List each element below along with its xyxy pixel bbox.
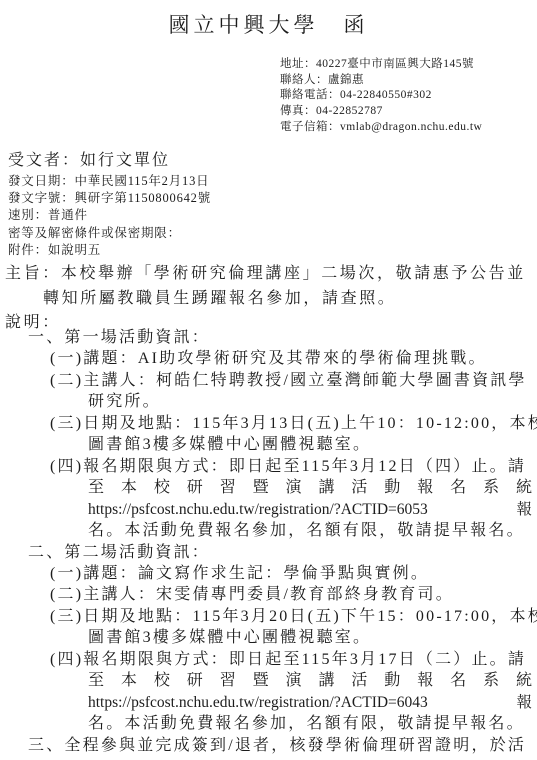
body-line-session2-system: 至本校研習暨演講活動報名系統 — [88, 670, 532, 691]
contact-person: 聯絡人：盧錦惠 — [280, 73, 482, 89]
body-line-session1-speaker-cont: 研究所。 — [0, 391, 537, 412]
recipient-line: 受文者：如行文單位 — [8, 147, 170, 170]
body-line-session1-datetime: (三)日期及地點：115年3月13日(五)上午10：10-12:00，本校 — [0, 413, 537, 434]
meta-block: 發文日期：中華民國115年2月13日 發文字號：興研字第1150800642號 … — [8, 173, 211, 259]
meta-attachment: 附件：如說明五 — [8, 242, 211, 259]
body-line-session2-location: 圖書館3樓多媒體中心團體視聽室。 — [0, 627, 537, 648]
meta-security: 密等及解密條件或保密期限： — [8, 225, 211, 242]
body-block: 一、第一場活動資訊： (一)講題：AI助攻學術研究及其帶來的學術倫理挑戰。 (二… — [0, 327, 537, 756]
meta-issue-date: 發文日期：中華民國115年2月13日 — [8, 173, 211, 190]
contact-fax: 傳真：04-22852787 — [280, 104, 482, 120]
meta-doc-number: 發文字號：興研字第1150800642號 — [8, 190, 211, 207]
body-line-session1-system: 至本校研習暨演講活動報名系統 — [88, 477, 532, 498]
subject-line-1: 主旨：本校舉辦「學術研究倫理講座」二場次，敬請惠予公告並 — [5, 262, 526, 287]
meta-priority: 速別：普通件 — [8, 207, 211, 224]
contact-block: 地址：40227臺中市南區興大路145號 聯絡人：盧錦惠 聯絡電話：04-228… — [280, 57, 482, 136]
subject-block: 主旨：本校舉辦「學術研究倫理講座」二場次，敬請惠予公告並 轉知所屬教職員生踴躍報… — [5, 262, 526, 336]
body-line-session2-free: 名。本活動免費報名參加，名額有限，敬請提早報名。 — [0, 713, 537, 734]
body-line-session2-deadline: (四)報名期限與方式：即日起至115年3月17日（二）止。請 — [0, 649, 537, 670]
contact-phone: 聯絡電話：04-22840550#302 — [280, 88, 482, 104]
body-line-session1-speaker: (二)主講人：柯皓仁特聘教授/國立臺灣師範大學圖書資訊學 — [0, 370, 537, 391]
registration-url-session2: https://psfcost.nchu.edu.tw/registration… — [88, 692, 532, 713]
body-line-certificate: 三、全程參與並完成簽到/退者，核發學術倫理研習證明，於活 — [0, 735, 537, 756]
body-line-session1-deadline: (四)報名期限與方式：即日起至115年3月12日（四）止。請 — [0, 456, 537, 477]
body-line-session1-free: 名。本活動免費報名參加，名額有限，敬請提早報名。 — [0, 520, 537, 541]
body-line-session1-topic: (一)講題：AI助攻學術研究及其帶來的學術倫理挑戰。 — [0, 348, 537, 369]
body-line-session2-speaker: (二)主講人：宋雯倩專門委員/教育部終身教育司。 — [0, 584, 537, 605]
body-line-session2-datetime: (三)日期及地點：115年3月20日(五)下午15：00-17:00，本校 — [0, 606, 537, 627]
page-title: 國立中興大學 函 — [0, 9, 537, 39]
subject-line-2: 轉知所屬教職員生踴躍報名參加，請查照。 — [5, 287, 526, 312]
body-line-session2-header: 二、第二場活動資訊： — [0, 542, 537, 563]
body-line-session1-location: 圖書館3樓多媒體中心團體視聽室。 — [0, 434, 537, 455]
body-line-session1-header: 一、第一場活動資訊： — [0, 327, 537, 348]
contact-address: 地址：40227臺中市南區興大路145號 — [280, 57, 482, 73]
body-line-session2-topic: (一)講題：論文寫作求生記：學倫爭點與實例。 — [0, 563, 537, 584]
registration-url-session1: https://psfcost.nchu.edu.tw/registration… — [88, 499, 532, 520]
contact-email: 電子信箱：vmlab@dragon.nchu.edu.tw — [280, 120, 482, 136]
